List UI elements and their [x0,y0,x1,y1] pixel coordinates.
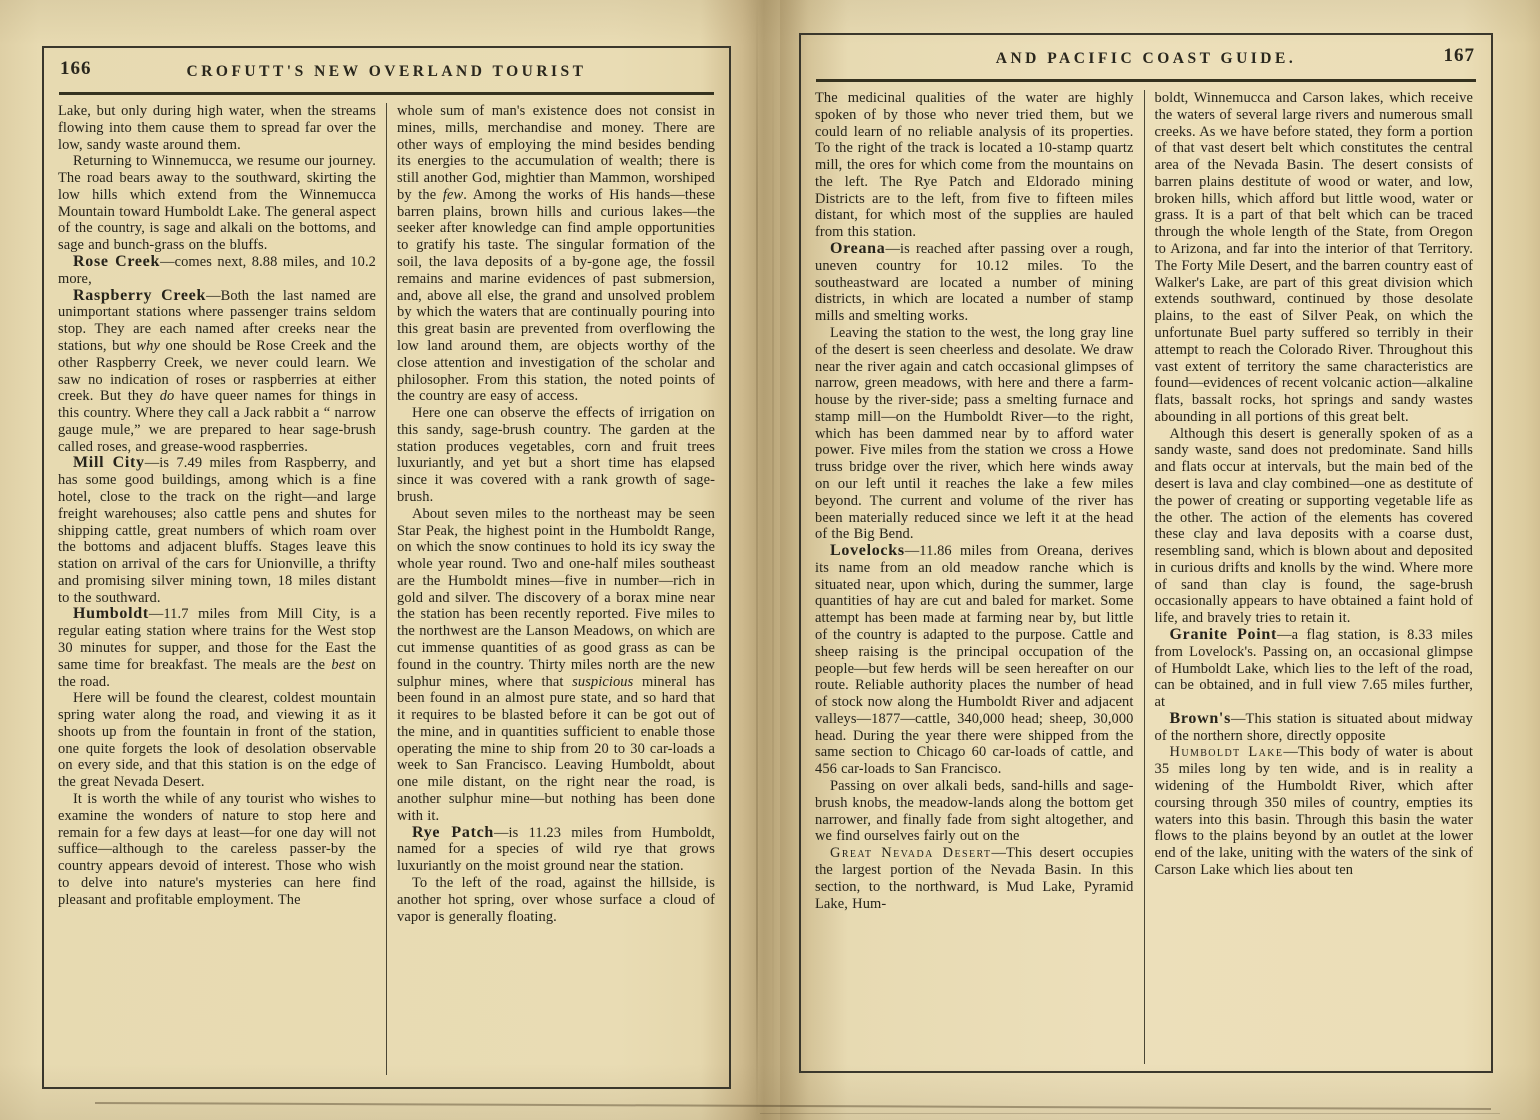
text-segment: Lake, but only during high water, when t… [58,103,376,153]
paragraph: Raspberry Creek—Both the last named are … [58,288,376,456]
paragraph: It is worth the while of any tourist who… [58,791,376,908]
text-segment: About seven miles to the northeast may b… [397,506,715,690]
paragraph: Oreana—is reached after passing over a r… [815,241,1134,325]
text-segment: Great Nevada Desert [830,845,991,861]
page-stack-edge [760,1113,1500,1114]
page-right: AND PACIFIC COAST GUIDE. 167 The medicin… [799,33,1493,1073]
station-name: Brown's [1170,710,1232,727]
paragraph: The medicinal qualities of the water are… [815,90,1134,241]
text-segment: why [136,338,160,354]
paragraph: Although this desert is generally spoken… [1155,426,1474,627]
station-name: Mill City [73,454,145,471]
station-name: Rye Patch [412,824,494,841]
column-divider-left [386,103,387,1075]
station-name: Lovelocks [830,542,905,559]
paragraph: Humboldt Lake—This body of water is abou… [1155,744,1474,878]
page-left-inner: 166 CROFUTT'S NEW OVERLAND TOURIST Lake,… [44,48,729,1087]
paragraph: boldt, Winnemucca and Carson lakes, whic… [1155,90,1474,426]
column-divider-right [1144,90,1145,1064]
paragraph: To the left of the road, against the hil… [397,875,715,925]
text-segment: Passing on over alkali beds, sand-hills … [815,778,1134,844]
text-segment: best [331,657,355,673]
paragraph: Lake, but only during high water, when t… [58,103,376,153]
text-segment: boldt, Winnemucca and Carson lakes, whic… [1155,90,1474,425]
running-head-right: AND PACIFIC COAST GUIDE. [815,50,1477,68]
station-name: Oreana [830,240,885,257]
page-columns-right: The medicinal qualities of the water are… [815,90,1477,1064]
text-segment: . Among the works of His hands—these bar… [397,187,715,404]
text-segment: do [160,388,175,404]
paragraph: whole sum of man's existence does not co… [397,103,715,405]
text-segment: mineral has been found in an almost pure… [397,674,715,824]
running-head-left: CROFUTT'S NEW OVERLAND TOURIST [58,63,715,81]
gutter-crease [772,0,774,1120]
text-segment: —This body of water is about 35 miles lo… [1155,744,1474,877]
page-left: 166 CROFUTT'S NEW OVERLAND TOURIST Lake,… [42,46,731,1089]
paragraph: About seven miles to the northeast may b… [397,506,715,825]
paragraph: Returning to Winnemucca, we resume our j… [58,153,376,254]
text-segment: Leaving the station to the west, the lon… [815,325,1134,542]
paragraph: Great Nevada Desert—This desert occupies… [815,845,1134,912]
station-name: Granite Point [1170,626,1278,643]
paragraph: Granite Point—a flag station, is 8.33 mi… [1155,627,1474,711]
text-segment: Humboldt Lake [1170,744,1284,760]
header-rule-right [816,79,1476,82]
paragraph: Rose Creek—comes next, 8.88 miles, and 1… [58,254,376,288]
text-segment: Here will be found the clearest, coldest… [58,690,376,790]
book-spread: 166 CROFUTT'S NEW OVERLAND TOURIST Lake,… [0,0,1540,1120]
page-columns-left: Lake, but only during high water, when t… [58,103,715,1075]
page-right-inner: AND PACIFIC COAST GUIDE. 167 The medicin… [801,35,1491,1071]
paragraph: Here one can observe the effects of irri… [397,405,715,506]
text-column-left-1: Lake, but only during high water, when t… [58,103,376,1075]
page-stack-edge [95,1102,1491,1110]
station-name: Raspberry Creek [73,287,206,304]
paragraph: Brown's—This station is situated about m… [1155,711,1474,745]
page-header-right: AND PACIFIC COAST GUIDE. 167 [815,43,1477,77]
text-segment: few [443,187,463,203]
station-name: Rose Creek [73,253,160,270]
text-column-right-1: The medicinal qualities of the water are… [815,90,1134,1064]
paragraph: Mill City—is 7.49 miles from Raspberry, … [58,455,376,606]
page-header-left: 166 CROFUTT'S NEW OVERLAND TOURIST [58,56,715,90]
text-segment: Although this desert is generally spoken… [1155,426,1474,627]
page-number-right: 167 [1444,45,1476,67]
text-column-left-2: whole sum of man's existence does not co… [397,103,715,1075]
text-segment: suspicious [572,674,633,690]
paragraph: Passing on over alkali beds, sand-hills … [815,778,1134,845]
text-segment: It is worth the while of any tourist who… [58,791,376,908]
station-name: Humboldt [73,605,149,622]
paragraph: Humboldt—11.7 miles from Mill City, is a… [58,606,376,690]
text-segment: Returning to Winnemucca, we resume our j… [58,153,376,253]
paragraph: Rye Patch—is 11.23 miles from Humboldt, … [397,825,715,875]
paragraph: Lovelocks—11.86 miles from Oreana, deriv… [815,543,1134,778]
header-rule-left [59,92,714,95]
gutter-crease [756,0,758,1120]
text-segment: Here one can observe the effects of irri… [397,405,715,505]
text-segment: —11.86 miles from Oreana, derives its na… [815,543,1134,777]
paragraph: Here will be found the clearest, coldest… [58,690,376,791]
text-segment: —is 7.49 miles from Raspberry, and has s… [58,455,376,605]
paragraph: Leaving the station to the west, the lon… [815,325,1134,543]
text-column-right-2: boldt, Winnemucca and Carson lakes, whic… [1155,90,1474,1064]
text-segment: To the left of the road, against the hil… [397,875,715,925]
text-segment: The medicinal qualities of the water are… [815,90,1134,240]
